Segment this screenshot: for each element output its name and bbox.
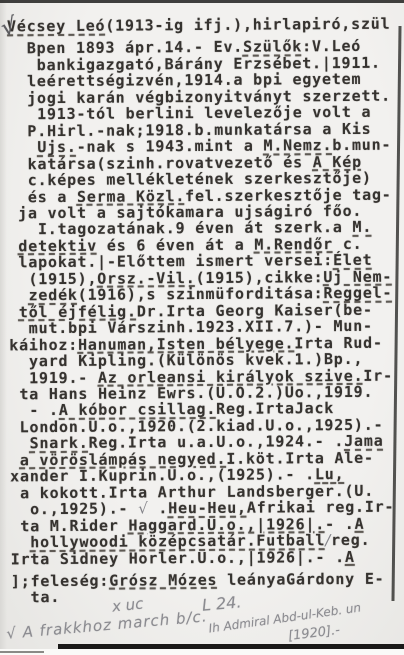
scanned-card: Vécsey Leó(1913-ig ifj.),hirlapiró,szülB… bbox=[0, 0, 404, 655]
typed-title-segment: Grósz Mózes bbox=[109, 571, 217, 590]
typed-title-segment: Vécsey Leó bbox=[7, 17, 105, 36]
handwritten-inline-mark: √ bbox=[138, 500, 148, 518]
typed-segment: Irta Sidney Horler.U.o.,|1926|.- . bbox=[11, 547, 345, 567]
typed-text-block: Vécsey Leó(1913-ig ifj.),hirlapiró,szülB… bbox=[7, 16, 394, 607]
scan-edge-bottom-left bbox=[0, 651, 44, 653]
typed-title-segment: A bbox=[345, 547, 355, 565]
handwritten-note-year: [1920].- bbox=[287, 623, 341, 644]
typed-segment: . bbox=[148, 499, 168, 517]
typed-title-segment: M. bbox=[352, 218, 372, 236]
typed-segment: reg. bbox=[331, 531, 370, 549]
typed-segment: ta. bbox=[31, 588, 61, 606]
handwritten-note-l24: L 24. bbox=[201, 592, 242, 614]
typed-title-segment: Jama bbox=[344, 432, 383, 450]
typed-title-segment: A bbox=[355, 514, 365, 532]
scan-edge-top bbox=[0, 0, 404, 3]
typed-line: ];feleség:Grósz Mózes leányaGárdony E- bbox=[11, 571, 394, 590]
typed-segment: (1913-ig ifj.),hirlapiró,szül bbox=[105, 15, 390, 35]
handwritten-note-bottom-left: √ A frakkhoz march b/c. bbox=[6, 607, 209, 643]
typed-segment: leányaGárdony E- bbox=[217, 570, 384, 589]
scan-edge-bottom bbox=[58, 644, 404, 649]
scan-edge-left-shadow bbox=[0, 0, 7, 655]
typed-segment: - . bbox=[29, 401, 59, 419]
typed-segment: b.mun- bbox=[332, 136, 391, 154]
typed-line: Irta Sidney Horler.U.o.,|1926|.- .A bbox=[11, 548, 394, 567]
typed-segment: Ir- bbox=[363, 366, 393, 384]
typed-line: Vécsey Leó(1913-ig ifj.),hirlapiró,szül bbox=[7, 16, 390, 35]
typed-title-segment: Lu, bbox=[315, 465, 345, 483]
scan-bottom-margin bbox=[0, 649, 404, 655]
